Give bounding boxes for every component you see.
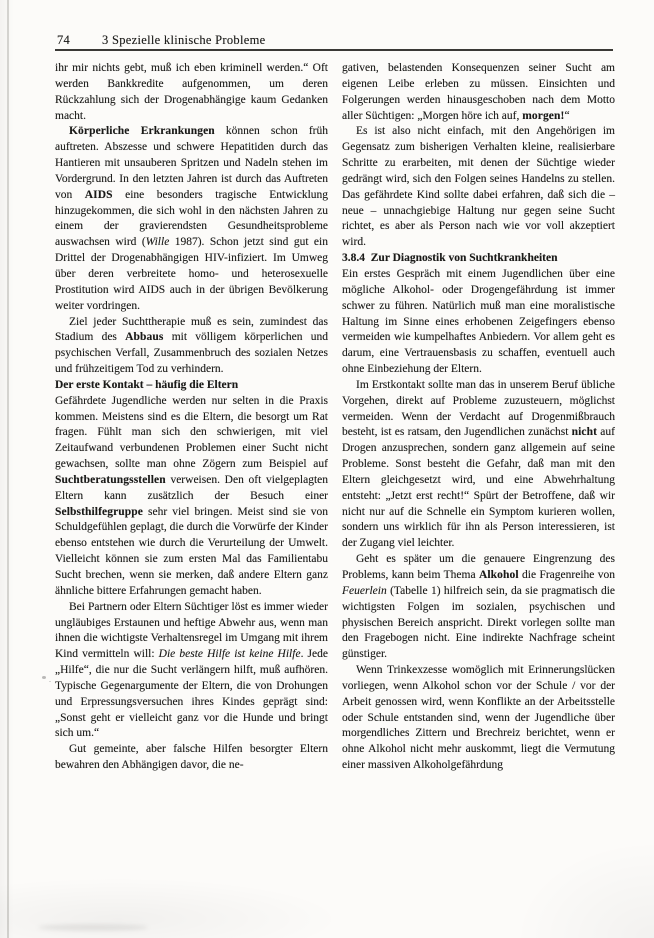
header-rule <box>55 49 613 51</box>
paragraph: Körperliche Erkrankungen können schon fr… <box>55 124 328 314</box>
paragraph: gativen, belastenden Konsequenzen seiner… <box>342 61 615 124</box>
running-header-title: 3 Spezielle klinische Probleme <box>102 33 265 48</box>
scan-artifact-smudge <box>38 924 148 931</box>
page-number: 74 <box>57 33 79 48</box>
scan-artifact-dots <box>42 676 46 679</box>
paragraph: ihr mir nichts gebt, muß ich eben krimin… <box>55 61 328 124</box>
scanned-book-page: 743 Spezielle klinische Probleme ihr mir… <box>0 0 654 938</box>
paragraph: Ziel jeder Suchttherapie muß es sein, zu… <box>55 315 328 378</box>
subheading: Der erste Kontakt – häufig die Eltern <box>55 378 328 394</box>
paragraph: Wenn Trinkexzesse womöglich mit Erinneru… <box>342 663 615 774</box>
paragraph: Gefährdete Jugendliche werden nur selten… <box>55 394 328 600</box>
paragraph: Ein erstes Gespräch mit einem Jugendlich… <box>342 267 615 378</box>
paragraph: Geht es später um die genauere Eingrenzu… <box>342 552 615 663</box>
page-header: 743 Spezielle klinische Probleme <box>57 33 613 48</box>
scan-paper-edge <box>7 0 9 938</box>
left-column: ihr mir nichts gebt, muß ich eben krimin… <box>55 61 328 774</box>
paragraph: Im Erstkontakt sollte man das in unserem… <box>342 378 615 552</box>
paragraph: Gut gemeinte, aber falsche Hilfen besorg… <box>55 742 328 774</box>
paragraph: Es ist also nicht einfach, mit den Angeh… <box>342 124 615 251</box>
section-heading: 3.8.4 Zur Diagnostik von Suchtkrankheite… <box>342 251 615 267</box>
page-body: ihr mir nichts gebt, muß ich eben krimin… <box>55 61 615 774</box>
right-column: gativen, belastenden Konsequenzen seiner… <box>342 61 615 774</box>
paragraph: Bei Partnern oder Eltern Süchtiger löst … <box>55 600 328 743</box>
